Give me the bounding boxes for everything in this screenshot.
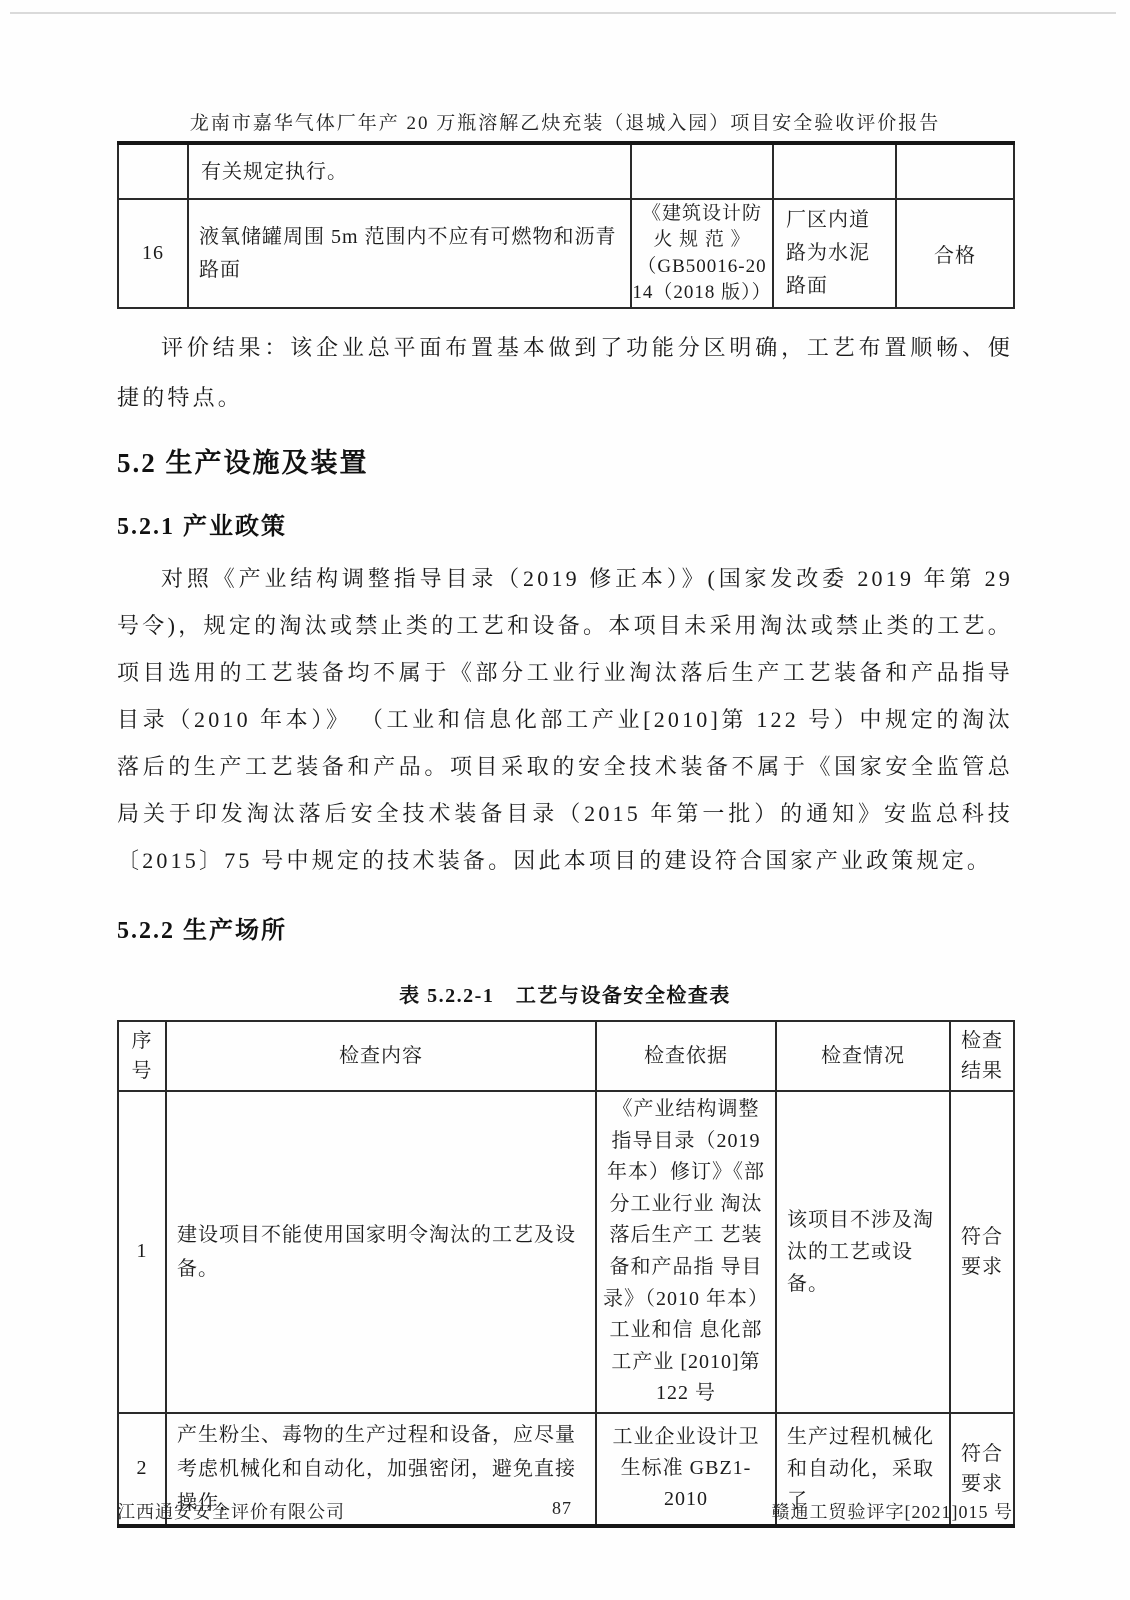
- carryover-situation-cell: [773, 143, 896, 199]
- row16-content: 液氧储罐周围 5m 范围内不应有可燃物和沥青路面: [188, 199, 631, 308]
- row1-content: 建设项目不能使用国家明令淘汰的工艺及设备。: [166, 1091, 596, 1413]
- footer-page-number: 87: [552, 1498, 572, 1519]
- section-heading-5-2-1: 5.2.1 产业政策: [117, 506, 1013, 541]
- header-situation: 检查情况: [776, 1021, 950, 1091]
- section-heading-5-2: 5.2 生产设施及装置: [117, 441, 1013, 480]
- carryover-no-cell: [118, 143, 188, 199]
- row16-situation: 厂区内道路为水泥路面: [773, 199, 896, 308]
- page-content: 龙南市嘉华气体厂年产 20 万瓶溶解乙炔充装（退城入园）项目安全验收评价报告 有…: [117, 0, 1013, 1528]
- row16-no: 16: [118, 199, 188, 308]
- industrial-policy-paragraph: 对照《产业结构调整指导目录（2019 修正本）》(国家发改委 2019 年第 2…: [117, 555, 1013, 884]
- row16-result: 合格: [896, 199, 1014, 308]
- evaluation-result-paragraph: 评价结果：该企业总平面布置基本做到了功能分区明确，工艺布置顺畅、便捷的特点。: [117, 323, 1013, 423]
- header-no: 序 号: [118, 1021, 166, 1091]
- carryover-result-cell: [896, 143, 1014, 199]
- carryover-text-cell: 有关规定执行。: [188, 143, 631, 199]
- section-heading-5-2-2: 5.2.2 生产场所: [117, 910, 1013, 945]
- table-row-1: 1 建设项目不能使用国家明令淘汰的工艺及设备。 《产业结构调整 指导目录（201…: [118, 1091, 1014, 1413]
- check-table-header-row: 序 号 检查内容 检查依据 检查情况 检查 结果: [118, 1021, 1014, 1091]
- table-row-16: 16 液氧储罐周围 5m 范围内不应有可燃物和沥青路面 《建筑设计防 火 规 范…: [118, 199, 1014, 308]
- header-content: 检查内容: [166, 1021, 596, 1091]
- table-row-carryover: 有关规定执行。: [118, 143, 1014, 199]
- footer-doc-number: 赣通工贸验评字[2021]015 号: [772, 1498, 1014, 1524]
- page-title: 龙南市嘉华气体厂年产 20 万瓶溶解乙炔充装（退城入园）项目安全验收评价报告: [117, 111, 1013, 137]
- page-footer: 江西通安安全评价有限公司 87 赣通工贸验评字[2021]015 号: [117, 1498, 1013, 1524]
- row16-basis: 《建筑设计防 火 规 范 》 （GB50016-20 14（2018 版））: [631, 199, 773, 308]
- previous-page-table: 有关规定执行。 16 液氧储罐周围 5m 范围内不应有可燃物和沥青路面 《建筑设…: [117, 141, 1015, 309]
- footer-company: 江西通安安全评价有限公司: [117, 1498, 345, 1524]
- row1-result: 符合 要求: [950, 1091, 1014, 1413]
- document-page: 龙南市嘉华气体厂年产 20 万瓶溶解乙炔充装（退城入园）项目安全验收评价报告 有…: [0, 0, 1130, 1600]
- header-result: 检查 结果: [950, 1021, 1014, 1091]
- row1-situation: 该项目不涉及淘汰的工艺或设备。: [776, 1091, 950, 1413]
- row1-basis: 《产业结构调整 指导目录（2019 年本）修订》《部 分工业行业 淘汰 落后生产…: [596, 1091, 776, 1413]
- header-basis: 检查依据: [596, 1021, 776, 1091]
- row1-no: 1: [118, 1091, 166, 1413]
- carryover-basis-cell: [631, 143, 773, 199]
- process-equipment-check-table: 序 号 检查内容 检查依据 检查情况 检查 结果 1 建设项目不能使用国家明令淘…: [117, 1020, 1015, 1528]
- check-table-title: 表 5.2.2-1 工艺与设备安全检查表: [117, 979, 1013, 1008]
